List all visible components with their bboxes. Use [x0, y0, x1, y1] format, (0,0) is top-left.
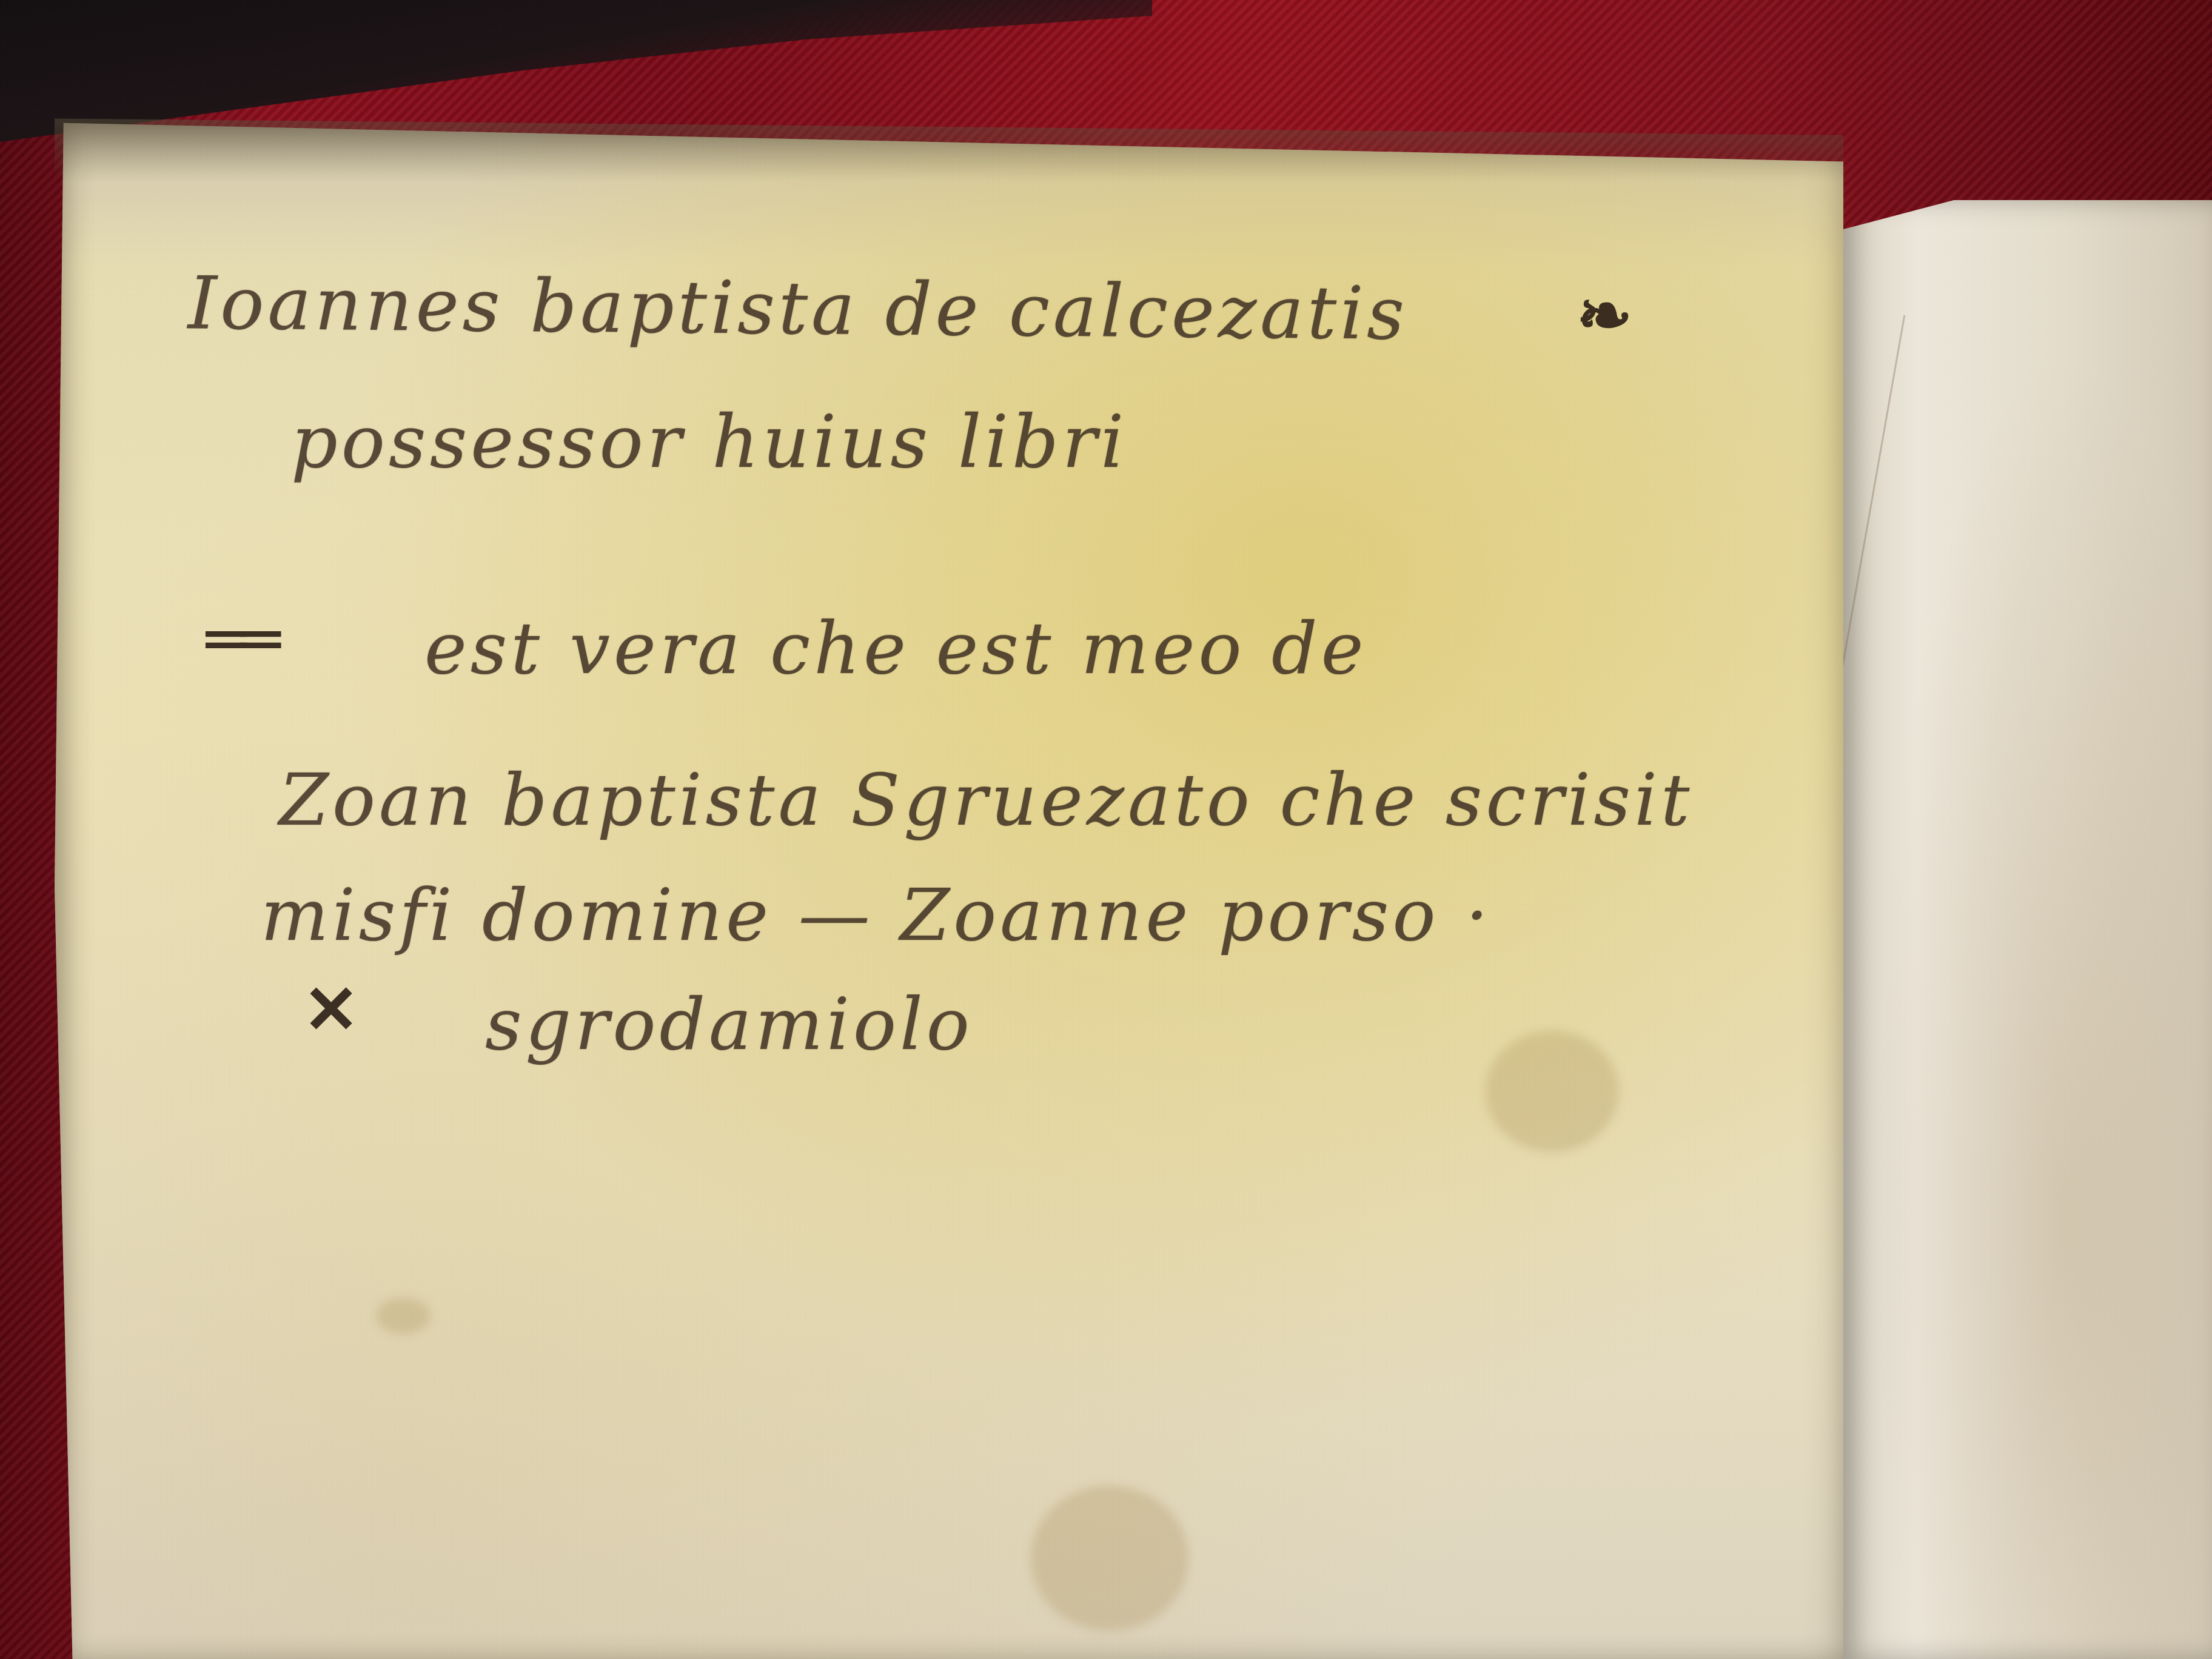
inscription-line-2: possessor huius libri [291, 400, 1127, 484]
cross-mark-icon: ✕ [303, 970, 359, 1048]
inscription-line-3: est vera che est meo de [424, 606, 1367, 690]
stain [1031, 1486, 1188, 1631]
stain [1486, 1031, 1619, 1152]
inscription-line-5: misfi domine — Zoanne porso · [261, 873, 1492, 957]
stain [376, 1298, 431, 1334]
inscription-line-4: Zoan baptista Sgruezato che scrisit [279, 758, 1693, 842]
struck-through-dash-icon: ══ [206, 600, 274, 679]
inscription-line-1: Ioannes baptista de calcezatis [187, 261, 1408, 357]
ownership-flourish-icon: ❧ [1577, 276, 1632, 354]
inscription-line-6: sgrodamiolo [485, 982, 973, 1066]
